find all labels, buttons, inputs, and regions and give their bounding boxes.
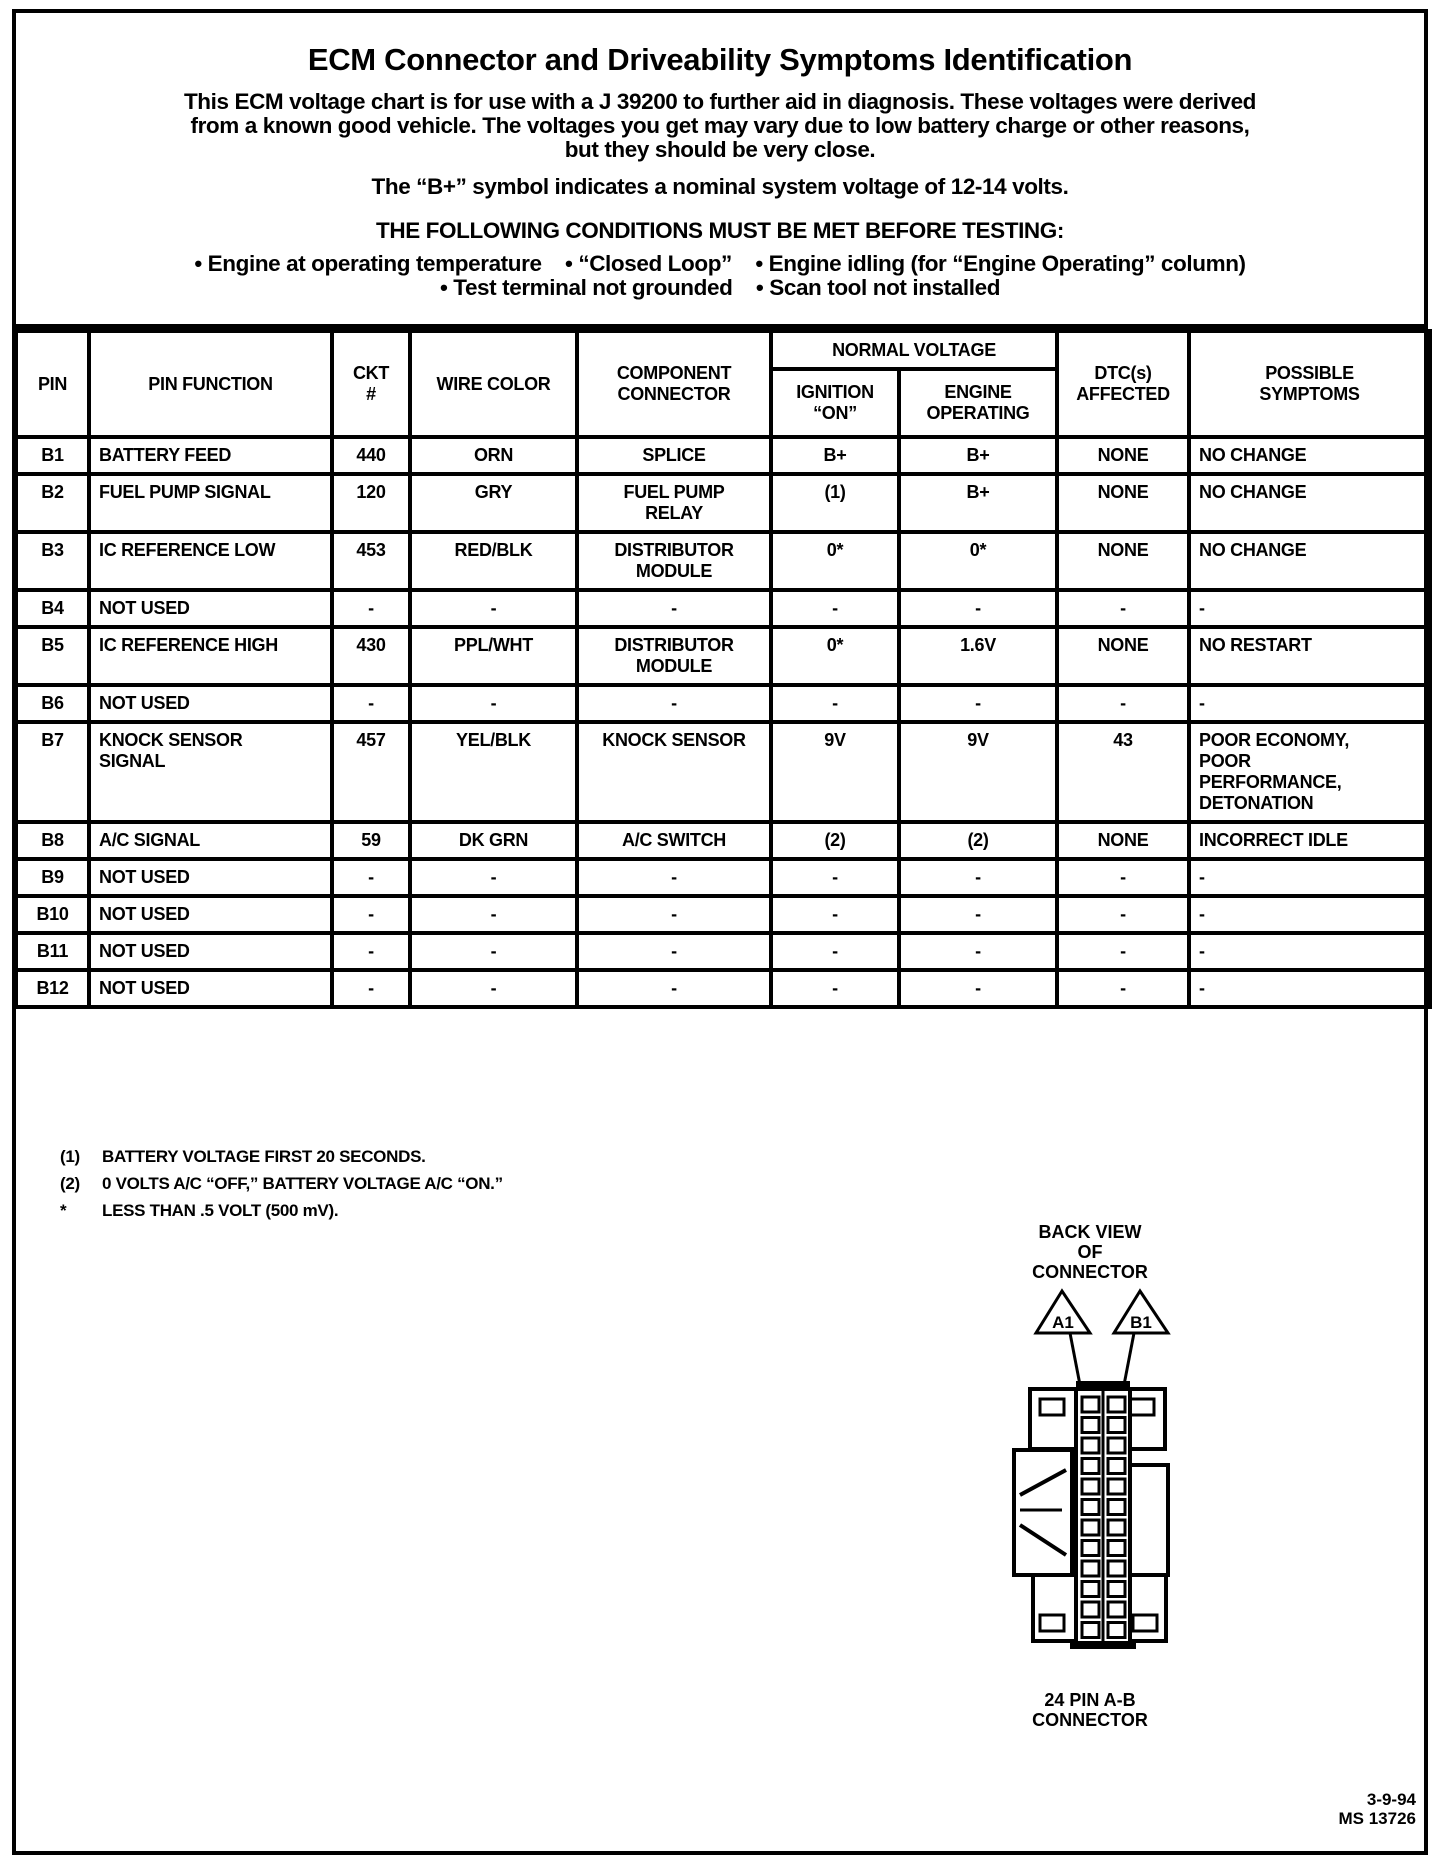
label-line: OF [1005, 1242, 1175, 1262]
wire-color-cell: RED/BLK [410, 532, 577, 590]
bplus-note: The “B+” symbol indicates a nominal syst… [16, 174, 1424, 200]
conditions-heading: THE FOLLOWING CONDITIONS MUST BE MET BEF… [16, 218, 1424, 244]
symptoms-cell: - [1189, 933, 1430, 970]
ignition-on-cell: - [771, 970, 899, 1007]
pin-cell: B3 [16, 532, 89, 590]
dtc-cell: NONE [1057, 437, 1189, 474]
pin-cell: B9 [16, 859, 89, 896]
footnote: *LESS THAN .5 VOLT (500 mV). [60, 1197, 503, 1224]
table-row: B8A/C SIGNAL59DK GRNA/C SWITCH(2)(2)NONE… [16, 822, 1430, 859]
table-row: B2FUEL PUMP SIGNAL120GRYFUEL PUMP RELAY(… [16, 474, 1430, 532]
component-cell: A/C SWITCH [577, 822, 771, 859]
dtc-cell: - [1057, 685, 1189, 722]
pin-cell: B1 [16, 437, 89, 474]
engine-operating-cell: B+ [899, 437, 1057, 474]
ckt-cell: - [332, 896, 410, 933]
condition-item: • Engine at operating temperature [194, 251, 541, 276]
ckt-cell: - [332, 859, 410, 896]
pin-function-cell: NOT USED [89, 859, 332, 896]
dtc-cell: NONE [1057, 532, 1189, 590]
pin-cell: B10 [16, 896, 89, 933]
col-header-ckt: CKT # [332, 331, 410, 437]
pin-cell: B5 [16, 627, 89, 685]
component-cell: SPLICE [577, 437, 771, 474]
component-cell: FUEL PUMP RELAY [577, 474, 771, 532]
col-header-dtc-affected: DTC(s) AFFECTED [1057, 331, 1189, 437]
wire-color-cell: PPL/WHT [410, 627, 577, 685]
symptoms-cell: NO CHANGE [1189, 532, 1430, 590]
wire-color-cell: GRY [410, 474, 577, 532]
component-cell: - [577, 685, 771, 722]
condition-item: • Test terminal not grounded [440, 275, 733, 300]
col-header-pin: PIN [16, 331, 89, 437]
dtc-cell: - [1057, 970, 1189, 1007]
symptoms-cell: NO RESTART [1189, 627, 1430, 685]
connector-view-label: BACK VIEW OF CONNECTOR [1005, 1222, 1175, 1282]
ignition-on-cell: - [771, 933, 899, 970]
ignition-on-cell: - [771, 896, 899, 933]
symptoms-cell: NO CHANGE [1189, 437, 1430, 474]
pin-cell: B6 [16, 685, 89, 722]
pin-cell: B2 [16, 474, 89, 532]
intro-line: but they should be very close. [46, 138, 1394, 162]
pin-b1-callout-icon: B1 [1114, 1291, 1168, 1385]
pin-function-cell: NOT USED [89, 933, 332, 970]
col-header-wire-color: WIRE COLOR [410, 331, 577, 437]
symptoms-cell: - [1189, 685, 1430, 722]
dtc-cell: NONE [1057, 822, 1189, 859]
engine-operating-cell: - [899, 896, 1057, 933]
dtc-cell: - [1057, 590, 1189, 627]
intro-line: from a known good vehicle. The voltages … [46, 114, 1394, 138]
ignition-on-cell: B+ [771, 437, 899, 474]
ckt-cell: 120 [332, 474, 410, 532]
table-row: B5IC REFERENCE HIGH430PPL/WHTDISTRIBUTOR… [16, 627, 1430, 685]
engine-operating-cell: 1.6V [899, 627, 1057, 685]
ignition-on-cell: - [771, 859, 899, 896]
table-row: B6NOT USED------- [16, 685, 1430, 722]
symptoms-cell: - [1189, 970, 1430, 1007]
pin-function-cell: NOT USED [89, 970, 332, 1007]
pin-function-cell: KNOCK SENSOR SIGNAL [89, 722, 332, 822]
table-body: B1BATTERY FEED440ORNSPLICEB+B+NONENO CHA… [16, 437, 1430, 1007]
pin-a1-callout-icon: A1 [1036, 1291, 1090, 1385]
table-row: B3IC REFERENCE LOW453RED/BLKDISTRIBUTOR … [16, 532, 1430, 590]
pin-function-cell: IC REFERENCE LOW [89, 532, 332, 590]
dtc-cell: - [1057, 896, 1189, 933]
pin-function-cell: NOT USED [89, 896, 332, 933]
footnotes: (1)BATTERY VOLTAGE FIRST 20 SECONDS. (2)… [60, 1143, 503, 1224]
symptoms-cell: POOR ECONOMY, POOR PERFORMANCE, DETONATI… [1189, 722, 1430, 822]
col-header-component-connector: COMPONENT CONNECTOR [577, 331, 771, 437]
ignition-on-cell: 0* [771, 627, 899, 685]
engine-operating-cell: - [899, 685, 1057, 722]
ignition-on-cell: 0* [771, 532, 899, 590]
engine-operating-cell: 0* [899, 532, 1057, 590]
svg-text:A1: A1 [1052, 1313, 1074, 1332]
table-row: B7KNOCK SENSOR SIGNAL457YEL/BLKKNOCK SEN… [16, 722, 1430, 822]
pin-cell: B7 [16, 722, 89, 822]
ignition-on-cell: (2) [771, 822, 899, 859]
conditions-list: • Engine at operating temperature • “Clo… [16, 252, 1424, 300]
pin-function-cell: IC REFERENCE HIGH [89, 627, 332, 685]
wire-color-cell: - [410, 896, 577, 933]
condition-item: • “Closed Loop” [565, 251, 732, 276]
col-header-ignition-on: IGNITION “ON” [771, 369, 899, 437]
ckt-cell: 440 [332, 437, 410, 474]
ckt-cell: - [332, 933, 410, 970]
pin-cell: B11 [16, 933, 89, 970]
col-header-engine-operating: ENGINE OPERATING [899, 369, 1057, 437]
ckt-cell: - [332, 590, 410, 627]
symptoms-cell: - [1189, 859, 1430, 896]
engine-operating-cell: B+ [899, 474, 1057, 532]
connector-diagram-icon: A1 B1 [1000, 1285, 1200, 1685]
engine-operating-cell: - [899, 970, 1057, 1007]
engine-operating-cell: - [899, 933, 1057, 970]
component-cell: KNOCK SENSOR [577, 722, 771, 822]
table-row: B11NOT USED------- [16, 933, 1430, 970]
condition-item: • Scan tool not installed [756, 275, 1000, 300]
condition-item: • Engine idling (for “Engine Operating” … [755, 251, 1245, 276]
ignition-on-cell: - [771, 685, 899, 722]
ckt-cell: 457 [332, 722, 410, 822]
label-line: CONNECTOR [1005, 1262, 1175, 1282]
pin-function-cell: FUEL PUMP SIGNAL [89, 474, 332, 532]
pin-function-cell: NOT USED [89, 685, 332, 722]
wire-color-cell: - [410, 970, 577, 1007]
label-line: CONNECTOR [1005, 1710, 1175, 1730]
dtc-cell: - [1057, 933, 1189, 970]
wire-color-cell: - [410, 685, 577, 722]
col-header-normal-voltage: NORMAL VOLTAGE [771, 331, 1057, 369]
component-cell: DISTRIBUTOR MODULE [577, 532, 771, 590]
component-cell: - [577, 933, 771, 970]
engine-operating-cell: - [899, 590, 1057, 627]
symptoms-cell: - [1189, 896, 1430, 933]
stamp-code: MS 13726 [1339, 1809, 1417, 1828]
wire-color-cell: - [410, 933, 577, 970]
dtc-cell: NONE [1057, 474, 1189, 532]
wire-color-cell: DK GRN [410, 822, 577, 859]
ecm-pin-table: PIN PIN FUNCTION CKT # WIRE COLOR COMPON… [14, 329, 1432, 1009]
ckt-cell: 59 [332, 822, 410, 859]
ckt-cell: - [332, 970, 410, 1007]
svg-text:B1: B1 [1130, 1313, 1152, 1332]
intro-box: ECM Connector and Driveability Symptoms … [16, 13, 1424, 329]
dtc-cell: 43 [1057, 722, 1189, 822]
ckt-cell: 453 [332, 532, 410, 590]
intro-paragraph: This ECM voltage chart is for use with a… [46, 90, 1394, 162]
ckt-cell: 430 [332, 627, 410, 685]
dtc-cell: - [1057, 859, 1189, 896]
engine-operating-cell: 9V [899, 722, 1057, 822]
wire-color-cell: - [410, 590, 577, 627]
label-line: 24 PIN A-B [1005, 1690, 1175, 1710]
table-row: B4NOT USED------- [16, 590, 1430, 627]
col-header-possible-symptoms: POSSIBLE SYMPTOMS [1189, 331, 1430, 437]
label-line: BACK VIEW [1005, 1222, 1175, 1242]
engine-operating-cell: - [899, 859, 1057, 896]
component-cell: - [577, 896, 771, 933]
col-header-pin-function: PIN FUNCTION [89, 331, 332, 437]
ignition-on-cell: (1) [771, 474, 899, 532]
component-cell: - [577, 590, 771, 627]
component-cell: DISTRIBUTOR MODULE [577, 627, 771, 685]
intro-line: This ECM voltage chart is for use with a… [46, 90, 1394, 114]
ignition-on-cell: - [771, 590, 899, 627]
footnote: (1)BATTERY VOLTAGE FIRST 20 SECONDS. [60, 1143, 503, 1170]
table-row: B12NOT USED------- [16, 970, 1430, 1007]
stamp-date: 3-9-94 [1339, 1790, 1417, 1809]
connector-name: 24 PIN A-B CONNECTOR [1005, 1690, 1175, 1730]
pin-cell: B4 [16, 590, 89, 627]
wire-color-cell: ORN [410, 437, 577, 474]
wire-color-cell: - [410, 859, 577, 896]
pin-cell: B12 [16, 970, 89, 1007]
pin-cell: B8 [16, 822, 89, 859]
dtc-cell: NONE [1057, 627, 1189, 685]
table-row: B1BATTERY FEED440ORNSPLICEB+B+NONENO CHA… [16, 437, 1430, 474]
page-title: ECM Connector and Driveability Symptoms … [16, 42, 1424, 78]
table-row: B10NOT USED------- [16, 896, 1430, 933]
pin-function-cell: BATTERY FEED [89, 437, 332, 474]
ckt-cell: - [332, 685, 410, 722]
wire-color-cell: YEL/BLK [410, 722, 577, 822]
symptoms-cell: NO CHANGE [1189, 474, 1430, 532]
table-row: B9NOT USED------- [16, 859, 1430, 896]
component-cell: - [577, 859, 771, 896]
document-stamp: 3-9-94 MS 13726 [1339, 1790, 1417, 1828]
pin-function-cell: A/C SIGNAL [89, 822, 332, 859]
ignition-on-cell: 9V [771, 722, 899, 822]
symptoms-cell: - [1189, 590, 1430, 627]
component-cell: - [577, 970, 771, 1007]
pin-function-cell: NOT USED [89, 590, 332, 627]
engine-operating-cell: (2) [899, 822, 1057, 859]
footnote: (2)0 VOLTS A/C “OFF,” BATTERY VOLTAGE A/… [60, 1170, 503, 1197]
symptoms-cell: INCORRECT IDLE [1189, 822, 1430, 859]
